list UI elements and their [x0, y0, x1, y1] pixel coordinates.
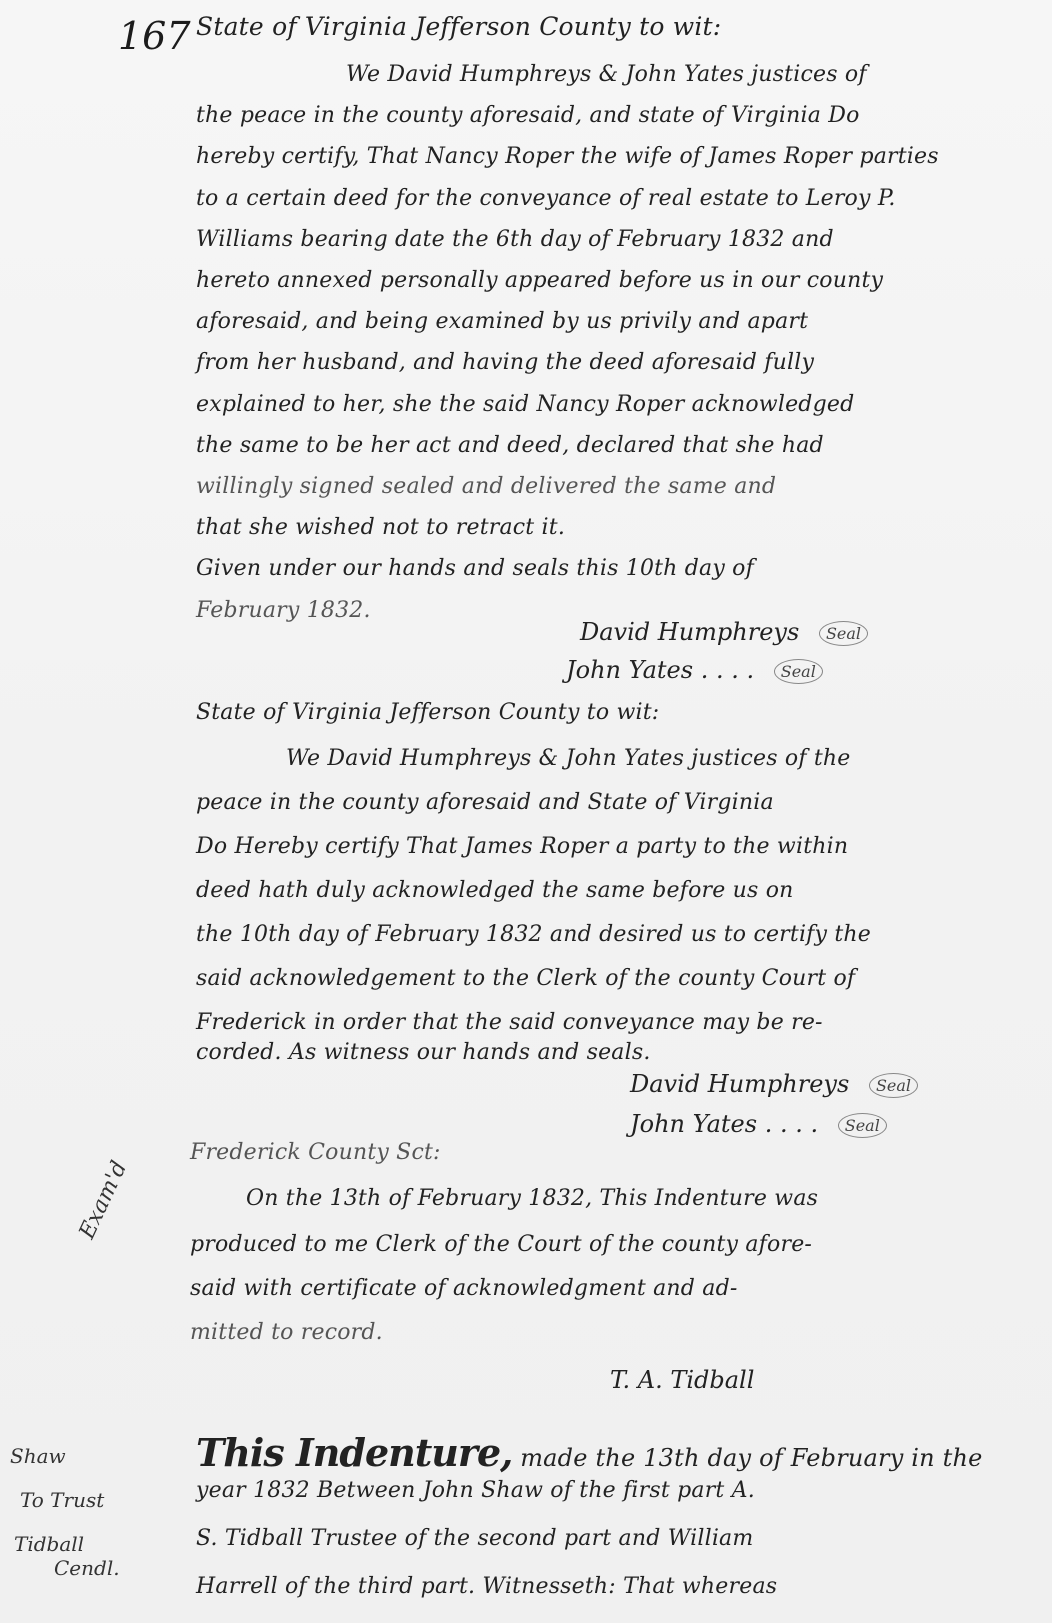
margin-note-line: Shaw [10, 1444, 66, 1468]
certificate-2-heading: State of Virginia Jefferson County to wi… [196, 700, 659, 725]
margin-note-line: Cendl. [54, 1556, 120, 1580]
clerk-line: mitted to record. [190, 1320, 383, 1345]
certificate-1-line: the peace in the county aforesaid, and s… [196, 103, 860, 128]
certificate-1-line: to a certain deed for the conveyance of … [196, 186, 896, 211]
certificate-1-line: aforesaid, and being examined by us priv… [196, 309, 808, 334]
certificate-1-line: that she wished not to retract it. [196, 515, 565, 540]
certificate-1-line: We David Humphreys & John Yates justices… [346, 62, 867, 87]
certificate-1-line: Williams bearing date the 6th day of Feb… [196, 227, 834, 252]
certificate-1-line: explained to her, she the said Nancy Rop… [196, 392, 854, 417]
certificate-1-line: the same to be her act and deed, declare… [196, 433, 824, 458]
signature-john-yates: John Yates . . . . Seal [566, 656, 823, 684]
clerk-line: produced to me Clerk of the Court of the… [190, 1232, 812, 1257]
certificate-1-line: hereto annexed personally appeared befor… [196, 268, 883, 293]
certificate-2-line: corded. As witness our hands and seals. [196, 1040, 651, 1065]
seal-icon: Seal [838, 1113, 887, 1138]
document-page: 167 State of Virginia Jefferson County t… [0, 0, 1052, 1623]
seal-icon: Seal [819, 621, 868, 646]
indenture-line: year 1832 Between John Shaw of the first… [196, 1478, 755, 1503]
seal-icon: Seal [774, 659, 823, 684]
certificate-1-line: February 1832. [196, 598, 371, 623]
certificate-1-line: hereby certify, That Nancy Roper the wif… [196, 144, 939, 169]
seal-icon: Seal [869, 1073, 918, 1098]
signature-david-humphreys-2: David Humphreys Seal [630, 1070, 918, 1098]
signature-name: John Yates . . . . [630, 1110, 818, 1138]
clerk-heading: Frederick County Sct: [190, 1140, 441, 1165]
indenture-first-line: This Indenture, made the 13th day of Feb… [196, 1430, 983, 1475]
signature-tidball: T. A. Tidball [610, 1366, 754, 1394]
certificate-2-line: deed hath duly acknowledged the same bef… [196, 878, 794, 903]
signature-john-yates-2: John Yates . . . . Seal [630, 1110, 887, 1138]
certificate-2-line: the 10th day of February 1832 and desire… [196, 922, 871, 947]
signature-name: David Humphreys [630, 1070, 849, 1098]
indenture-line: made the 13th day of February in the [520, 1444, 982, 1472]
clerk-line: On the 13th of February 1832, This Inden… [246, 1186, 818, 1211]
margin-note-line: To Trust [20, 1488, 104, 1512]
signature-name: David Humphreys [580, 618, 799, 646]
certificate-1-line: from her husband, and having the deed af… [196, 350, 814, 375]
signature-name: John Yates . . . . [566, 656, 754, 684]
margin-note-line: Tidball [14, 1532, 84, 1556]
clerk-line: said with certificate of acknowledgment … [190, 1276, 738, 1301]
certificate-1-heading: State of Virginia Jefferson County to wi… [196, 12, 721, 41]
certificate-2-line: peace in the county aforesaid and State … [196, 790, 774, 815]
certificate-2-line: said acknowledgement to the Clerk of the… [196, 966, 855, 991]
certificate-2-line: We David Humphreys & John Yates justices… [286, 746, 850, 771]
page-number: 167 [118, 14, 191, 58]
margin-note-examined: Exam'd [75, 1157, 133, 1242]
certificate-2-line: Frederick in order that the said conveya… [196, 1010, 823, 1035]
indenture-heading: This Indenture, [196, 1430, 512, 1475]
certificate-2-line: Do Hereby certify That James Roper a par… [196, 834, 848, 859]
indenture-line: Harrell of the third part. Witnesseth: T… [196, 1574, 777, 1599]
certificate-1-line: willingly signed sealed and delivered th… [196, 474, 776, 499]
certificate-1-line: Given under our hands and seals this 10t… [196, 556, 754, 581]
indenture-line: S. Tidball Trustee of the second part an… [196, 1526, 753, 1551]
signature-david-humphreys: David Humphreys Seal [580, 618, 868, 646]
